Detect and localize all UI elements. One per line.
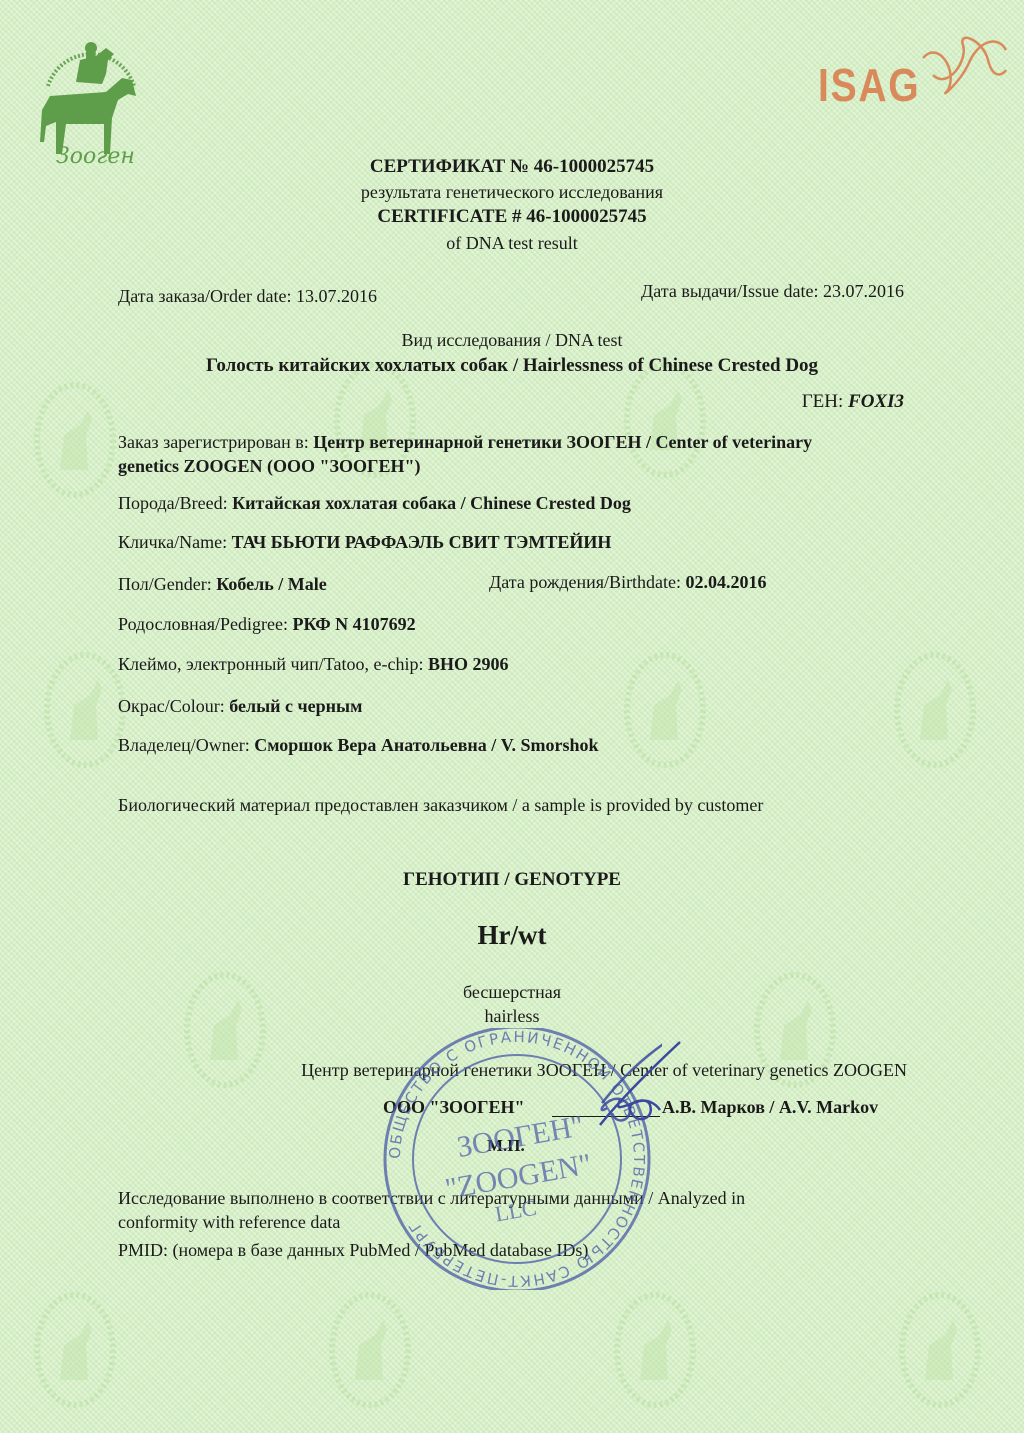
phenotype-en: hairless [0, 1006, 1024, 1027]
watermark-horse-icon [610, 1290, 700, 1410]
certificate-title-en: CERTIFICATE # 46-1000025745 [0, 206, 1024, 228]
chip-value: ВНО 2906 [428, 654, 509, 674]
watermark-horse-icon [30, 1290, 120, 1410]
gender: Пол/Gender: Кобель / Male [118, 572, 327, 596]
registered-at: Заказ зарегистрирован в: Центр ветеринар… [118, 430, 918, 478]
owner-value: Сморшок Вера Анатольевна / V. Smorshok [254, 735, 598, 755]
seal-place: М.П. [487, 1136, 525, 1156]
signer-name: А.В. Марков / A.V. Markov [662, 1097, 878, 1118]
colour-value: белый с черным [229, 696, 362, 716]
certificate-subtitle-en: of DNA test result [0, 233, 1024, 254]
certificate-subtitle-ru: результата генетического исследования [0, 182, 1024, 203]
dog-name-value: ТАЧ БЬЮТИ РАФФАЭЛЬ СВИТ ТЭМТЕЙИН [232, 532, 612, 552]
phenotype-ru: бесшерстная [0, 982, 1024, 1003]
sample-note: Биологический материал предоставлен зака… [118, 793, 763, 817]
watermark-horse-icon [620, 650, 710, 770]
genotype-value: Hr/wt [0, 920, 1024, 951]
watermark-horse-icon [40, 650, 130, 770]
dna-helix-logo-icon [918, 30, 1008, 100]
chip: Клеймо, электронный чип/Tatoo, e-chip: В… [118, 652, 509, 676]
issue-date: Дата выдачи/Issue date: 23.07.2016 [641, 281, 904, 302]
watermark-horse-icon [325, 1290, 415, 1410]
gene-value: FOXI3 [848, 391, 904, 412]
breed: Порода/Breed: Китайская хохлатая собака … [118, 491, 631, 515]
certificate-title-ru: СЕРТИФИКАТ № 46-1000025745 [0, 156, 1024, 178]
issue-date-value: 23.07.2016 [823, 281, 904, 301]
pedigree-value: РКФ N 4107692 [293, 614, 416, 634]
colour: Окрас/Colour: белый с черным [118, 694, 362, 718]
gene: ГЕН: FOXI3 [802, 391, 904, 413]
signature-org: ООО "ЗООГЕН" [383, 1097, 524, 1118]
dog-name: Кличка/Name: ТАЧ БЬЮТИ РАФФАЭЛЬ СВИТ ТЭМ… [118, 530, 611, 554]
breed-value: Китайская хохлатая собака / Chinese Cres… [232, 493, 631, 513]
registered-value: Центр ветеринарной генетики ЗООГЕН / Cen… [313, 432, 812, 452]
isag-text: ISAG [818, 58, 920, 112]
owner: Владелец/Owner: Сморшок Вера Анатольевна… [118, 733, 599, 757]
zoogen-logo: Зооген [36, 26, 146, 176]
watermark-horse-icon [890, 650, 980, 770]
order-date-value: 13.07.2016 [296, 286, 377, 306]
order-date: Дата заказа/Order date: 13.07.2016 [118, 284, 377, 308]
pmid: PMID: (номера в базе данных PubMed / Pub… [118, 1238, 588, 1262]
signature-scribble-icon [590, 1040, 690, 1130]
genotype-heading: ГЕНОТИП / GENOTYPE [0, 869, 1024, 891]
isag-logo: ISAG [818, 30, 1008, 110]
dna-test-name: Голость китайских хохлатых собак / Hairl… [0, 355, 1024, 377]
watermark-horse-icon [895, 1290, 985, 1410]
birthdate-value: 02.04.2016 [686, 572, 767, 592]
birthdate: Дата рождения/Birthdate: 02.04.2016 [489, 570, 767, 594]
dna-test-label: Вид исследования / DNA test [0, 330, 1024, 351]
analyzed-note: Исследование выполнено в соответствии с … [118, 1186, 898, 1234]
watermark-horse-icon [30, 380, 120, 500]
pedigree: Родословная/Pedigree: РКФ N 4107692 [118, 612, 416, 636]
gender-value: Кобель / Male [216, 574, 327, 594]
